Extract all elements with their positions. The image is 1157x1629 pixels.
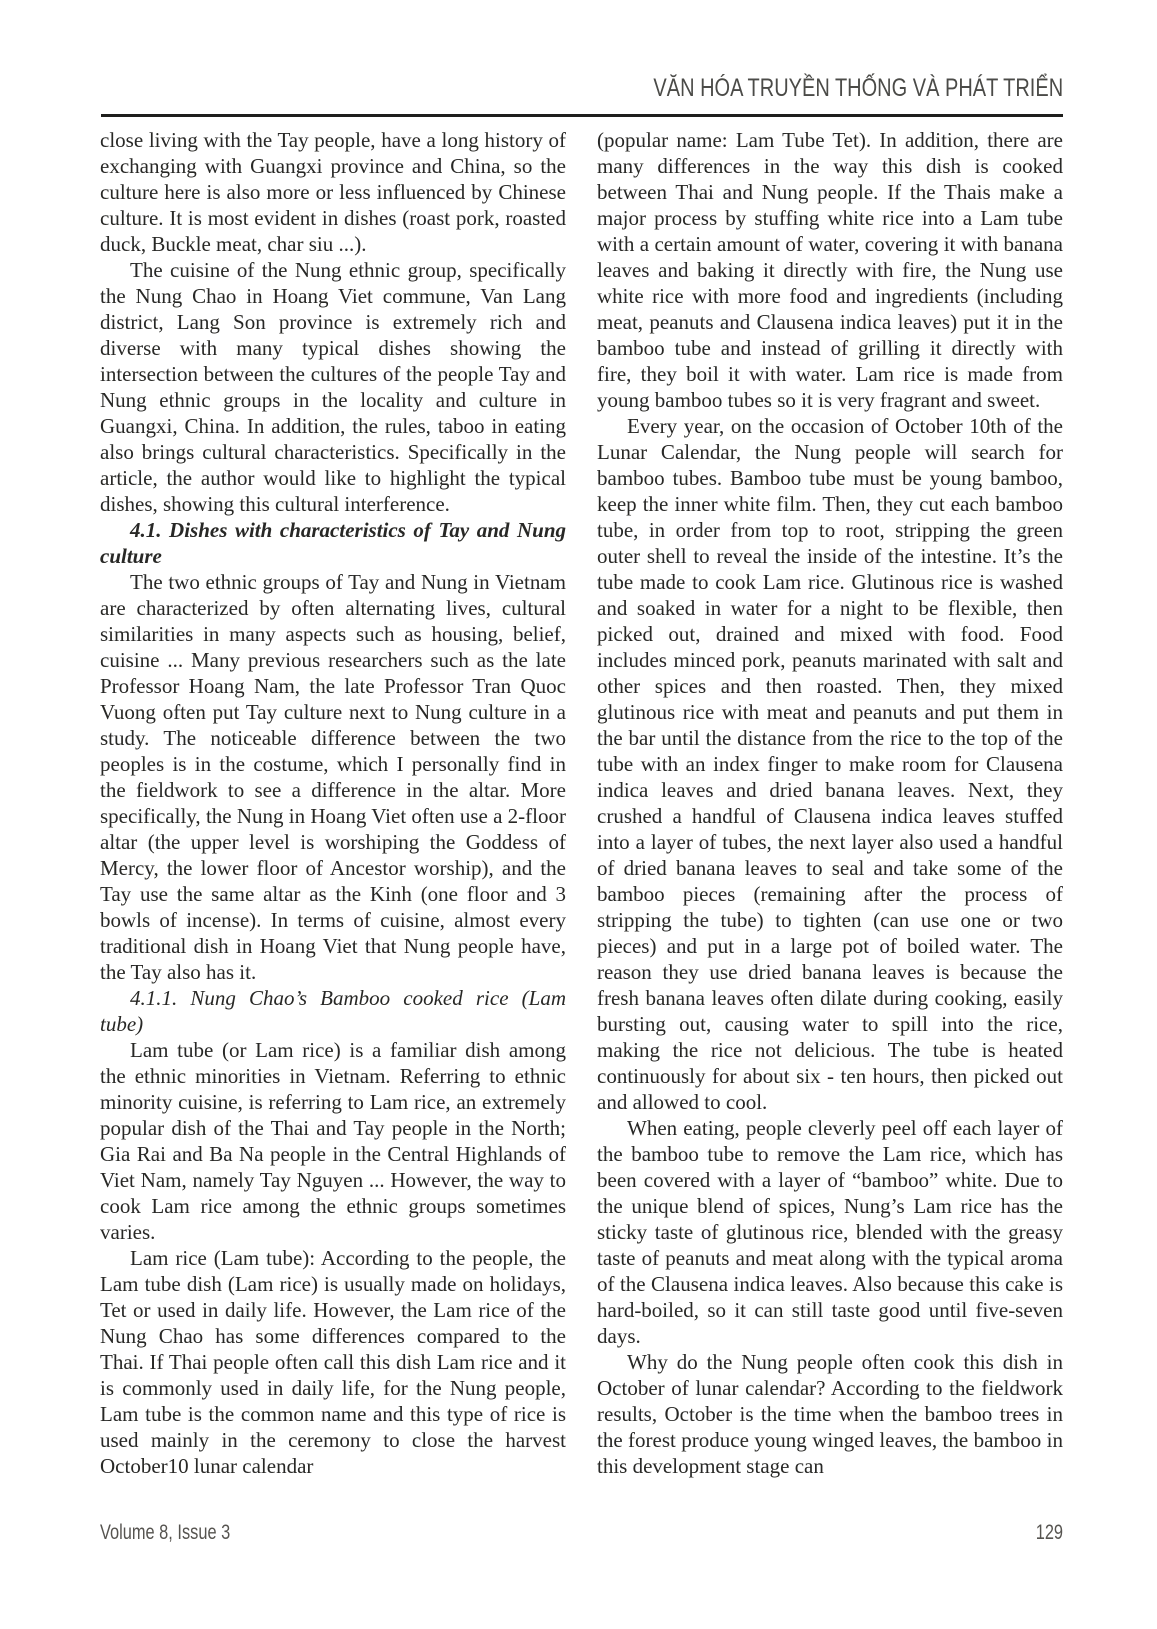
header-rule-divider (101, 114, 1063, 117)
paragraph: When eating, people cleverly peel off ea… (597, 1115, 1063, 1349)
volume-issue: Volume 8, Issue 3 (100, 1521, 230, 1545)
paragraph: The cuisine of the Nung ethnic group, sp… (100, 257, 566, 517)
page-header: VĂN HÓA TRUYỀN THỐNG VÀ PHÁT TRIỂN (100, 74, 1063, 103)
paragraph: Lam rice (Lam tube): According to the pe… (100, 1245, 566, 1479)
paragraph: close living with the Tay people, have a… (100, 127, 566, 257)
right-column: (popular name: Lam Tube Tet). In additio… (597, 127, 1063, 1479)
paragraph: (popular name: Lam Tube Tet). In additio… (597, 127, 1063, 413)
paragraph: Lam tube (or Lam rice) is a familiar dis… (100, 1037, 566, 1245)
paragraph: Why do the Nung people often cook this d… (597, 1349, 1063, 1479)
paragraph: The two ethnic groups of Tay and Nung in… (100, 569, 566, 985)
page-footer: Volume 8, Issue 3 129 (100, 1521, 1063, 1545)
subsection-heading: 4.1.1. Nung Chao’s Bamboo cooked rice (L… (100, 985, 566, 1037)
page-number: 129 (1036, 1521, 1063, 1545)
section-heading: 4.1. Dishes with characteristics of Tay … (100, 517, 566, 569)
left-column: close living with the Tay people, have a… (100, 127, 566, 1479)
journal-title: VĂN HÓA TRUYỀN THỐNG VÀ PHÁT TRIỂN (653, 74, 1063, 103)
paper-page: VĂN HÓA TRUYỀN THỐNG VÀ PHÁT TRIỂN close… (0, 0, 1157, 1629)
paragraph: Every year, on the occasion of October 1… (597, 413, 1063, 1115)
article-body: close living with the Tay people, have a… (100, 127, 1063, 1479)
